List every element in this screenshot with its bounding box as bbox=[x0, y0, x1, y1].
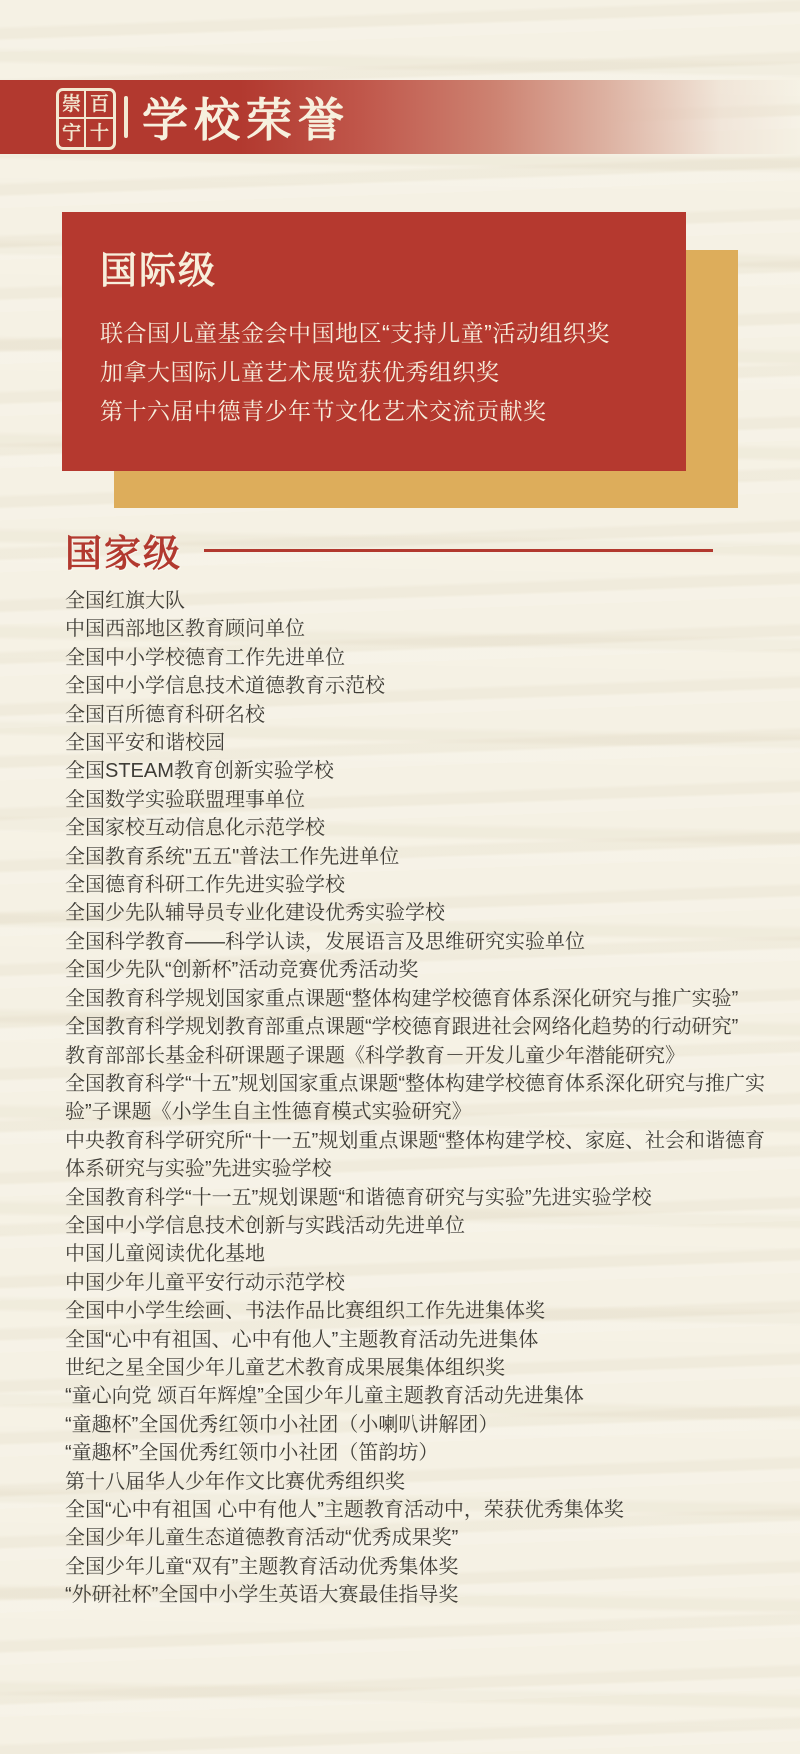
list-item: 联合国儿童基金会中国地区“支持儿童”活动组织奖 bbox=[100, 314, 648, 353]
list-item: 全国中小学信息技术创新与实践活动先进单位 bbox=[65, 1212, 770, 1240]
header-divider bbox=[124, 96, 128, 138]
seal-character: 宁 bbox=[59, 119, 86, 147]
list-item: 中央教育科学研究所“十一五”规划重点课题“整体构建学校、家庭、社会和谐德育体系研… bbox=[65, 1127, 770, 1184]
list-item: 全国家校互动信息化示范学校 bbox=[65, 814, 770, 842]
list-item: 全国德育科研工作先进实验学校 bbox=[65, 871, 770, 899]
national-level-section: 国家级 全国红旗大队中国西部地区教育顾问单位全国中小学校德育工作先进单位全国中小… bbox=[65, 528, 770, 1610]
international-honors-list: 联合国儿童基金会中国地区“支持儿童”活动组织奖加拿大国际儿童艺术展览获优秀组织奖… bbox=[100, 314, 648, 431]
page-title: 学校荣誉 bbox=[142, 80, 350, 154]
list-item: 全国少先队“创新杯”活动竞赛优秀活动奖 bbox=[65, 956, 770, 984]
list-item: 全国教育系统"五五"普法工作先进单位 bbox=[65, 843, 770, 871]
national-honors-list: 全国红旗大队中国西部地区教育顾问单位全国中小学校德育工作先进单位全国中小学信息技… bbox=[65, 587, 770, 1610]
list-item: 教育部部长基金科研课题子课题《科学教育－开发儿童少年潜能研究》 bbox=[65, 1042, 770, 1070]
list-item: 全国平安和谐校园 bbox=[65, 729, 770, 757]
list-item: 全国教育科学“十一五”规划课题“和谐德育研究与实验”先进实验学校 bbox=[65, 1184, 770, 1212]
list-item: 全国教育科学规划国家重点课题“整体构建学校德育体系深化研究与推广实验” bbox=[65, 985, 770, 1013]
list-item: 全国中小学信息技术道德教育示范校 bbox=[65, 672, 770, 700]
list-item: 全国少年儿童生态道德教育活动“优秀成果奖” bbox=[65, 1524, 770, 1552]
list-item: “童趣杯”全国优秀红领巾小社团（小喇叭讲解团） bbox=[65, 1411, 770, 1439]
list-item: 全国科学教育——科学认读，发展语言及思维研究实验单位 bbox=[65, 928, 770, 956]
list-item: 全国少年儿童“双有”主题教育活动优秀集体奖 bbox=[65, 1553, 770, 1581]
list-item: 全国“心中有祖国 心中有他人”主题教育活动中，荣获优秀集体奖 bbox=[65, 1496, 770, 1524]
list-item: 全国少先队辅导员专业化建设优秀实验学校 bbox=[65, 899, 770, 927]
list-item: 第十六届中德青少年节文化艺术交流贡献奖 bbox=[100, 392, 648, 431]
list-item: “外研社杯”全国中小学生英语大赛最佳指导奖 bbox=[65, 1581, 770, 1609]
list-item: 全国红旗大队 bbox=[65, 587, 770, 615]
list-item: 全国中小学生绘画、书法作品比赛组织工作先进集体奖 bbox=[65, 1297, 770, 1325]
list-item: 世纪之星全国少年儿童艺术教育成果展集体组织奖 bbox=[65, 1354, 770, 1382]
list-item: 全国教育科学“十五”规划国家重点课题“整体构建学校德育体系深化研究与推广实验”子… bbox=[65, 1070, 770, 1127]
national-heading: 国家级 bbox=[65, 523, 182, 577]
list-item: “童心向党 颂百年辉煌”全国少年儿童主题教育活动先进集体 bbox=[65, 1382, 770, 1410]
list-item: 中国儿童阅读优化基地 bbox=[65, 1240, 770, 1268]
list-item: 全国教育科学规划教育部重点课题“学校德育跟进社会网络化趋势的行动研究” bbox=[65, 1013, 770, 1041]
page-header-band: 崇百宁十 学校荣誉 bbox=[0, 80, 800, 154]
heading-rule-line bbox=[204, 549, 713, 552]
seal-character: 百 bbox=[86, 91, 113, 119]
list-item: 全国中小学校德育工作先进单位 bbox=[65, 644, 770, 672]
list-item: “童趣杯”全国优秀红领巾小社团（笛韵坊） bbox=[65, 1439, 770, 1467]
international-heading: 国际级 bbox=[100, 240, 686, 294]
national-heading-row: 国家级 bbox=[65, 528, 713, 572]
list-item: 全国百所德育科研名校 bbox=[65, 701, 770, 729]
list-item: 中国西部地区教育顾问单位 bbox=[65, 615, 770, 643]
school-honors-page: 崇百宁十 学校荣誉 国际级 联合国儿童基金会中国地区“支持儿童”活动组织奖加拿大… bbox=[0, 0, 800, 1754]
list-item: 全国“心中有祖国、心中有他人”主题教育活动先进集体 bbox=[65, 1326, 770, 1354]
seal-character: 十 bbox=[86, 119, 113, 147]
list-item: 全国STEAM教育创新实验学校 bbox=[65, 757, 770, 785]
anniversary-seal-icon: 崇百宁十 bbox=[56, 88, 116, 150]
list-item: 全国数学实验联盟理事单位 bbox=[65, 786, 770, 814]
list-item: 加拿大国际儿童艺术展览获优秀组织奖 bbox=[100, 353, 648, 392]
list-item: 中国少年儿童平安行动示范学校 bbox=[65, 1269, 770, 1297]
international-level-card: 国际级 联合国儿童基金会中国地区“支持儿童”活动组织奖加拿大国际儿童艺术展览获优… bbox=[62, 212, 686, 471]
seal-character: 崇 bbox=[59, 91, 86, 119]
list-item: 第十八届华人少年作文比赛优秀组织奖 bbox=[65, 1468, 770, 1496]
